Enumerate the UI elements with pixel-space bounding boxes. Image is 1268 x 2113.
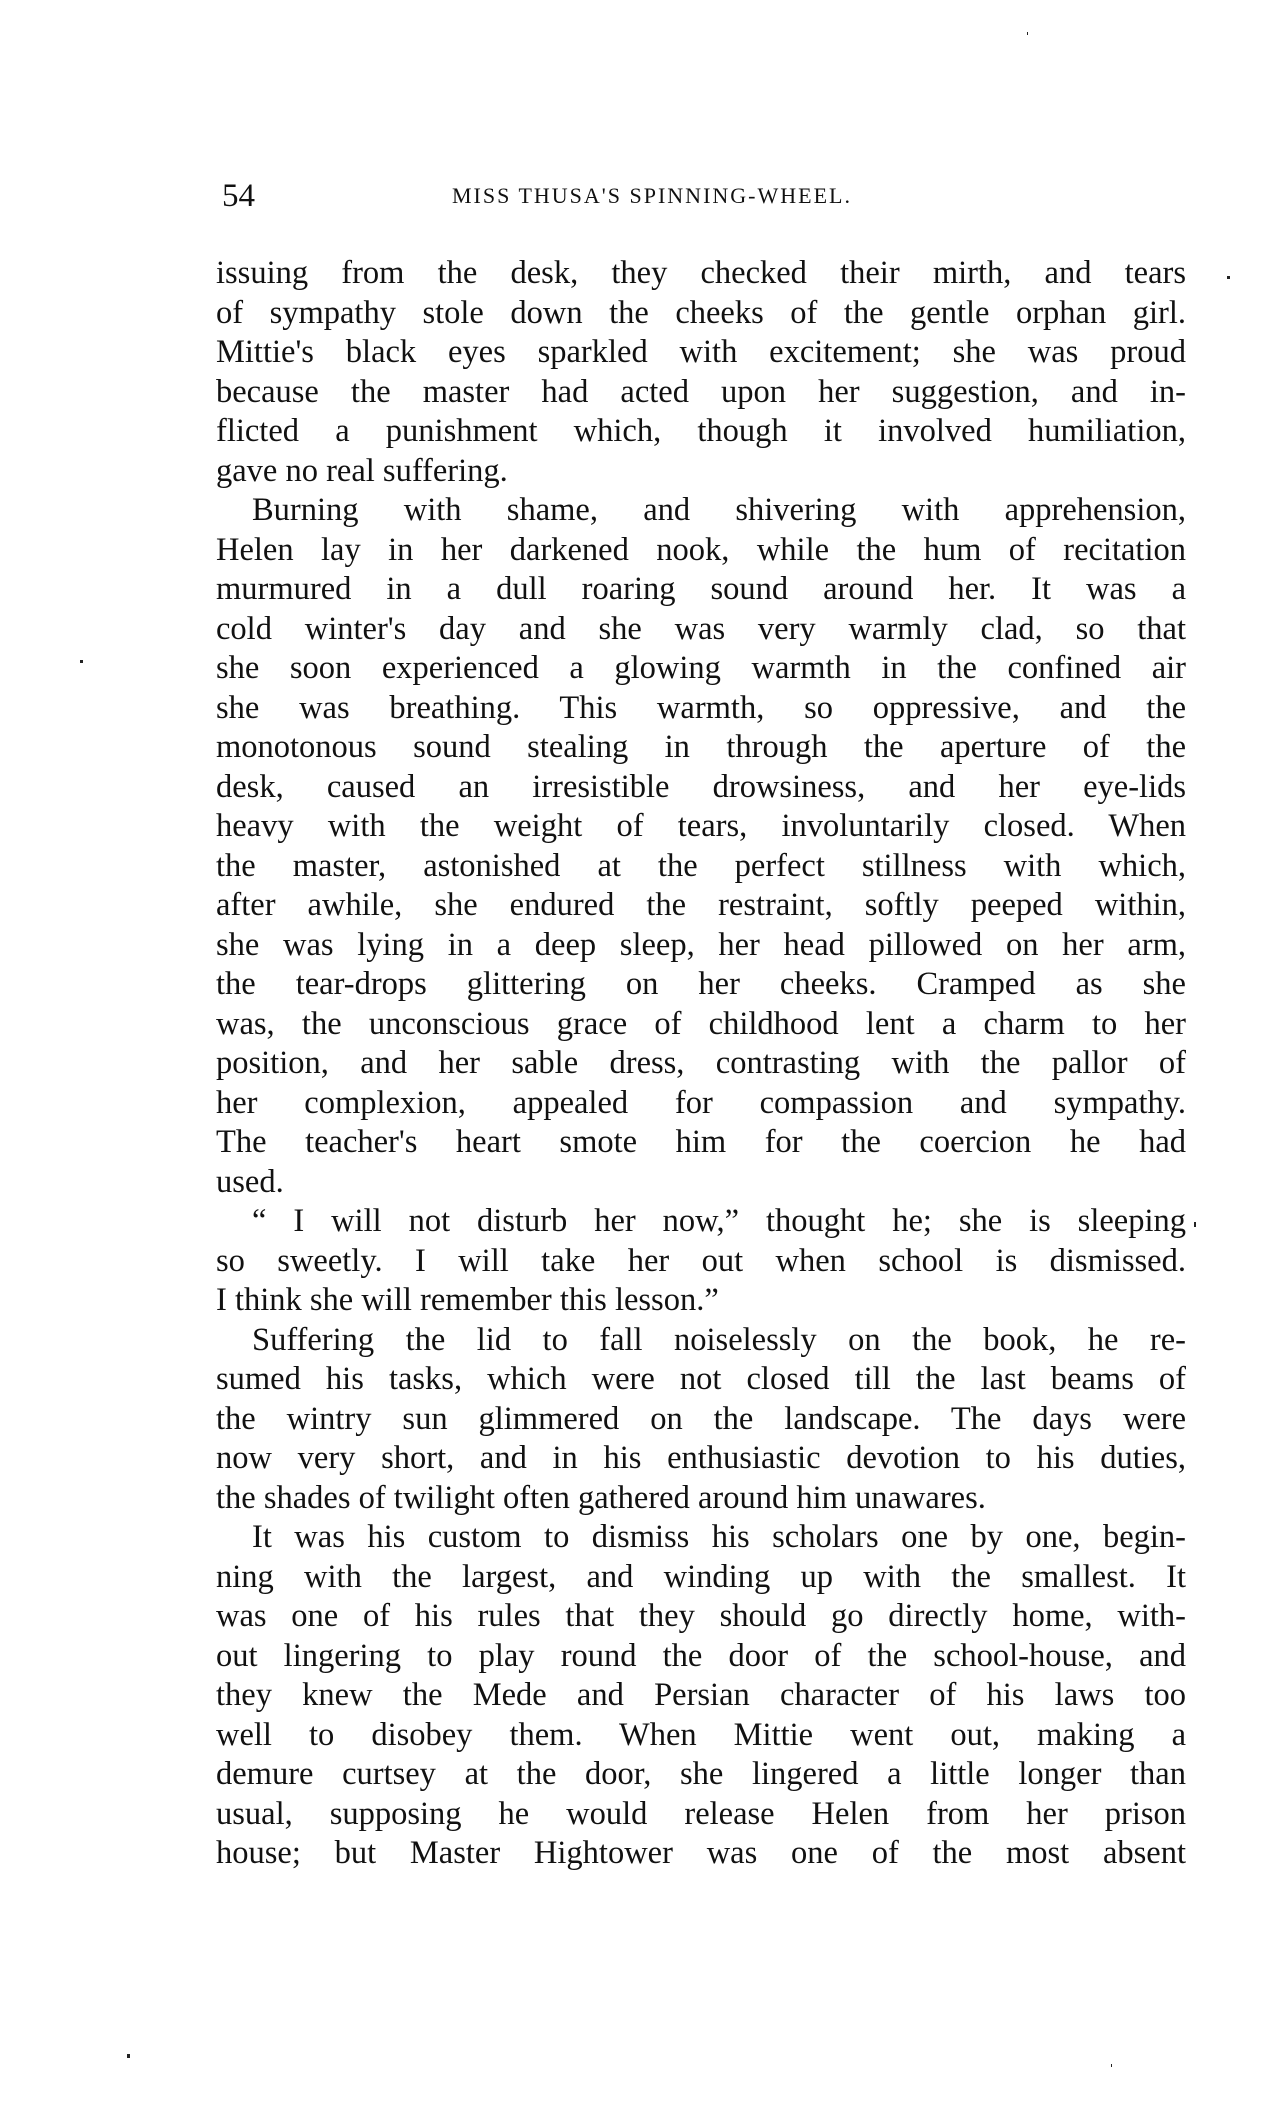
text-line: usual, supposing he would release Helen …: [216, 1795, 1186, 1835]
scan-mark: [1227, 276, 1230, 279]
text-line: It was his custom to dismiss his scholar…: [216, 1518, 1186, 1558]
scan-mark: [127, 2054, 130, 2058]
text-line: monotonous sound stealing in through the…: [216, 728, 1186, 768]
text-line: of sympathy stole down the cheeks of the…: [216, 294, 1186, 334]
text-line: demure curtsey at the door, she lingered…: [216, 1755, 1186, 1795]
page-number: 54: [222, 178, 255, 215]
text-line: she soon experienced a glowing warmth in…: [216, 649, 1186, 689]
scan-mark: [1027, 32, 1028, 35]
text-line: was one of his rules that they should go…: [216, 1597, 1186, 1637]
text-line: the shades of twilight often gathered ar…: [216, 1479, 1186, 1519]
text-line: after awhile, she endured the restraint,…: [216, 886, 1186, 926]
text-line: they knew the Mede and Persian character…: [216, 1676, 1186, 1716]
text-line: the wintry sun glimmered on the landscap…: [216, 1400, 1186, 1440]
text-line: she was breathing. This warmth, so oppre…: [216, 689, 1186, 729]
scan-mark: [1194, 1222, 1196, 1227]
text-line: “ I will not disturb her now,” thought h…: [216, 1202, 1186, 1242]
text-line: her complexion, appealed for compassion …: [216, 1084, 1186, 1124]
text-line: murmured in a dull roaring sound around …: [216, 570, 1186, 610]
text-line: Suffering the lid to fall noiselessly on…: [216, 1321, 1186, 1361]
text-line: used.: [216, 1163, 1186, 1203]
text-line: the tear-drops glittering on her cheeks.…: [216, 965, 1186, 1005]
text-line: the master, astonished at the perfect st…: [216, 847, 1186, 887]
text-line: house; but Master Hightower was one of t…: [216, 1834, 1186, 1874]
scan-mark: [80, 660, 83, 663]
text-line: Helen lay in her darkened nook, while th…: [216, 531, 1186, 571]
text-line: so sweetly. I will take her out when sch…: [216, 1242, 1186, 1282]
running-title: MISS THUSA'S SPINNING-WHEEL.: [452, 183, 852, 209]
text-line: Burning with shame, and shivering with a…: [216, 491, 1186, 531]
text-line: ning with the largest, and winding up wi…: [216, 1558, 1186, 1598]
running-header: 54 MISS THUSA'S SPINNING-WHEEL.: [222, 178, 1182, 218]
text-line: now very short, and in his enthusiastic …: [216, 1439, 1186, 1479]
text-line: well to disobey them. When Mittie went o…: [216, 1716, 1186, 1756]
text-line: heavy with the weight of tears, involunt…: [216, 807, 1186, 847]
text-line: was, the unconscious grace of childhood …: [216, 1005, 1186, 1045]
body-text: issuing from the desk, they checked thei…: [216, 254, 1186, 1874]
text-line: she was lying in a deep sleep, her head …: [216, 926, 1186, 966]
text-line: out lingering to play round the door of …: [216, 1637, 1186, 1677]
text-line: I think she will remember this lesson.”: [216, 1281, 1186, 1321]
text-line: gave no real suffering.: [216, 452, 1186, 492]
text-line: issuing from the desk, they checked thei…: [216, 254, 1186, 294]
text-line: flicted a punishment which, though it in…: [216, 412, 1186, 452]
text-line: because the master had acted upon her su…: [216, 373, 1186, 413]
text-line: The teacher's heart smote him for the co…: [216, 1123, 1186, 1163]
text-line: sumed his tasks, which were not closed t…: [216, 1360, 1186, 1400]
text-line: position, and her sable dress, contrasti…: [216, 1044, 1186, 1084]
text-line: cold winter's day and she was very warml…: [216, 610, 1186, 650]
scan-mark: [1111, 2064, 1112, 2067]
text-line: desk, caused an irresistible drowsiness,…: [216, 768, 1186, 808]
text-line: Mittie's black eyes sparkled with excite…: [216, 333, 1186, 373]
